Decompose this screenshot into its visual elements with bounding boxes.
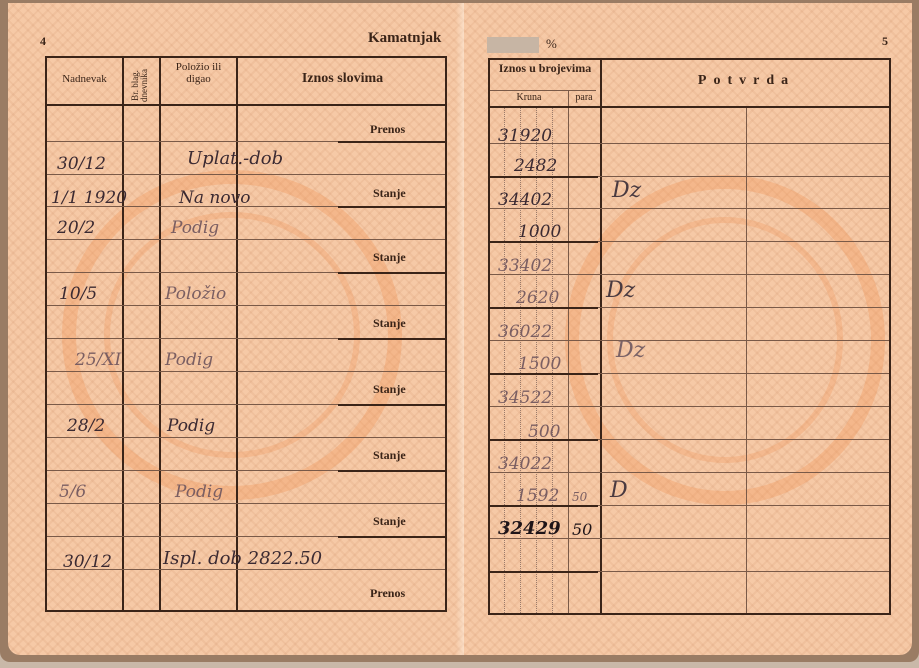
- label-prenos: Prenos: [370, 122, 405, 137]
- label-stanje: Stanje: [373, 316, 406, 331]
- entry-action: Podig: [175, 482, 223, 502]
- entry-date: 30/12: [57, 154, 106, 174]
- label-stanje: Stanje: [373, 186, 406, 201]
- amount-kruna: 31920: [498, 126, 552, 146]
- entry-date: 5/6: [59, 482, 86, 502]
- ledger-table-left: Nadnevak Br. blag. dnevnika Položio ili …: [45, 56, 447, 612]
- ledger-table-right: Iznos u brojevima Kruna para Potvrda 319…: [488, 58, 891, 615]
- col-header-deposit-withdraw: Položio ili digao: [161, 62, 236, 85]
- entry-date: 25/XI: [75, 350, 121, 370]
- col-header-date: Nadnevak: [47, 74, 122, 86]
- signature-initials: D: [610, 478, 628, 503]
- col-header-para: para: [568, 93, 600, 104]
- label-stanje: Stanje: [373, 448, 406, 463]
- label-stanje: Stanje: [373, 250, 406, 265]
- signature-initials: Dz: [612, 178, 641, 203]
- left-page-number: 4: [40, 34, 46, 49]
- entry-date: 20/2: [57, 218, 95, 238]
- amount-kruna-total: 32429: [498, 518, 561, 539]
- label-prenos: Prenos: [370, 586, 405, 601]
- amount-kruna: 2482: [514, 156, 557, 176]
- entry-date: 10/5: [59, 284, 97, 304]
- amount-kruna: 34022: [498, 454, 552, 474]
- col-header-journal-no: Br. blag. dnevnika: [131, 62, 150, 109]
- interest-rate-field-blank: [487, 37, 539, 53]
- entry-action: Podig: [165, 350, 213, 370]
- entry-action: Uplat.-dob: [187, 148, 283, 169]
- amount-kruna: 34522: [498, 388, 552, 408]
- page-title: Kamatnjak: [368, 30, 441, 47]
- col-header-amount-figures: Iznos u brojevima: [490, 62, 600, 75]
- amount-kruna: 2620: [516, 288, 559, 308]
- entry-date: 1/1 1920: [51, 188, 127, 208]
- amount-kruna: 33402: [498, 256, 552, 276]
- entry-action: Položio: [165, 284, 226, 304]
- col-header-kruna: Kruna: [490, 93, 568, 104]
- amount-kruna: 36022: [498, 322, 552, 342]
- entry-action: Podig: [167, 416, 215, 436]
- amount-kruna: 1000: [518, 222, 561, 242]
- amount-para: 50: [572, 490, 587, 504]
- amount-kruna: 500: [528, 422, 560, 442]
- label-stanje: Stanje: [373, 382, 406, 397]
- amount-kruna: 1500: [518, 354, 561, 374]
- col-header-amount-words: Iznos slovima: [238, 72, 447, 87]
- amount-kruna: 34402: [498, 190, 552, 210]
- percent-symbol: %: [546, 36, 557, 52]
- amount-kruna: 1592: [516, 486, 559, 506]
- entry-date: 30/12: [63, 552, 112, 572]
- label-stanje: Stanje: [373, 514, 406, 529]
- signature-initials: Dz: [616, 338, 645, 363]
- entry-action: Podig: [171, 218, 219, 238]
- entry-action: Ispl. dob 2822.50: [163, 548, 322, 569]
- amount-para-total: 50: [572, 520, 592, 539]
- signature-initials: Dz: [606, 278, 635, 303]
- entry-action: Na novo: [179, 188, 250, 208]
- entry-date: 28/2: [67, 416, 105, 436]
- col-header-confirmation: Potvrda: [602, 74, 891, 89]
- right-page-number: 5: [882, 34, 888, 49]
